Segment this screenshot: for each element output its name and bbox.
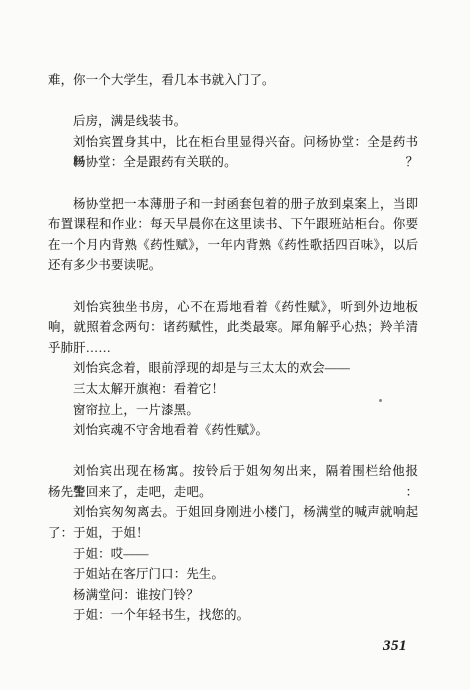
text-line: 后房，满是线装书。: [48, 111, 418, 132]
text-line: 窗帘拉上，一片漆黑。: [48, 400, 418, 421]
text-line: 杨协堂把一本薄册子和一封函套包着的册子放到桌案上，当即: [48, 194, 418, 215]
text-line: 乎肺肝……: [48, 338, 418, 359]
text-line: 杨满堂问：谁按门铃？: [48, 585, 418, 606]
text-line: 在一个月内背熟《药性赋》，一年内背熟《药性歌括四百味》，以后: [48, 235, 418, 256]
text-line: 难，你一个大学生，看几本书就入门了。: [48, 70, 418, 91]
text-line: 刘怡宾独坐书房，心不在焉地看着《药性赋》，听到外边地板: [48, 297, 418, 318]
text-line: 了：于姐，于姐！: [48, 523, 418, 544]
text-line: 响，就照着念两句：诸药赋性，此类最寒。犀角解乎心热；羚羊清: [48, 317, 418, 338]
text-line: 三太太解开旗袍：看着它！: [48, 379, 418, 400]
text-line: 于姐站在客厅门口：先生。: [48, 564, 418, 585]
text-line: 还有多少书要读呢。: [48, 255, 418, 276]
text-line: 于姐：哎——: [48, 544, 418, 565]
text-line: 刘怡宾匆匆离去。于姐回身刚进小楼门，杨满堂的喊声就响起: [48, 502, 418, 523]
body-text: 难，你一个大学生，看几本书就入门了。 后房，满是线装书。 刘怡宾置身其中，比在柜…: [48, 70, 418, 626]
text-line: 刘怡宾魂不守舍地看着《药性赋》。: [48, 420, 418, 441]
print-speck: [379, 399, 382, 402]
text-line: 刘怡宾置身其中，比在柜台里显得兴奋。问杨协堂：全是药书吗？: [48, 132, 418, 153]
text-line: 布置课程和作业：每天早晨你在这里读书、下午跟班站柜台。你要: [48, 214, 418, 235]
text-line: 刘怡宾出现在杨寓。按铃后于姐匆匆出来，隔着围栏给他报警：: [48, 461, 418, 482]
text-line: 于姐：一个年轻书生，找您的。: [48, 605, 418, 626]
book-page: 难，你一个大学生，看几本书就入门了。 后房，满是线装书。 刘怡宾置身其中，比在柜…: [0, 0, 470, 690]
page-number: 351: [383, 638, 407, 655]
text-line: 刘怡宾念着，眼前浮现的却是与三太太的欢会——: [48, 358, 418, 379]
